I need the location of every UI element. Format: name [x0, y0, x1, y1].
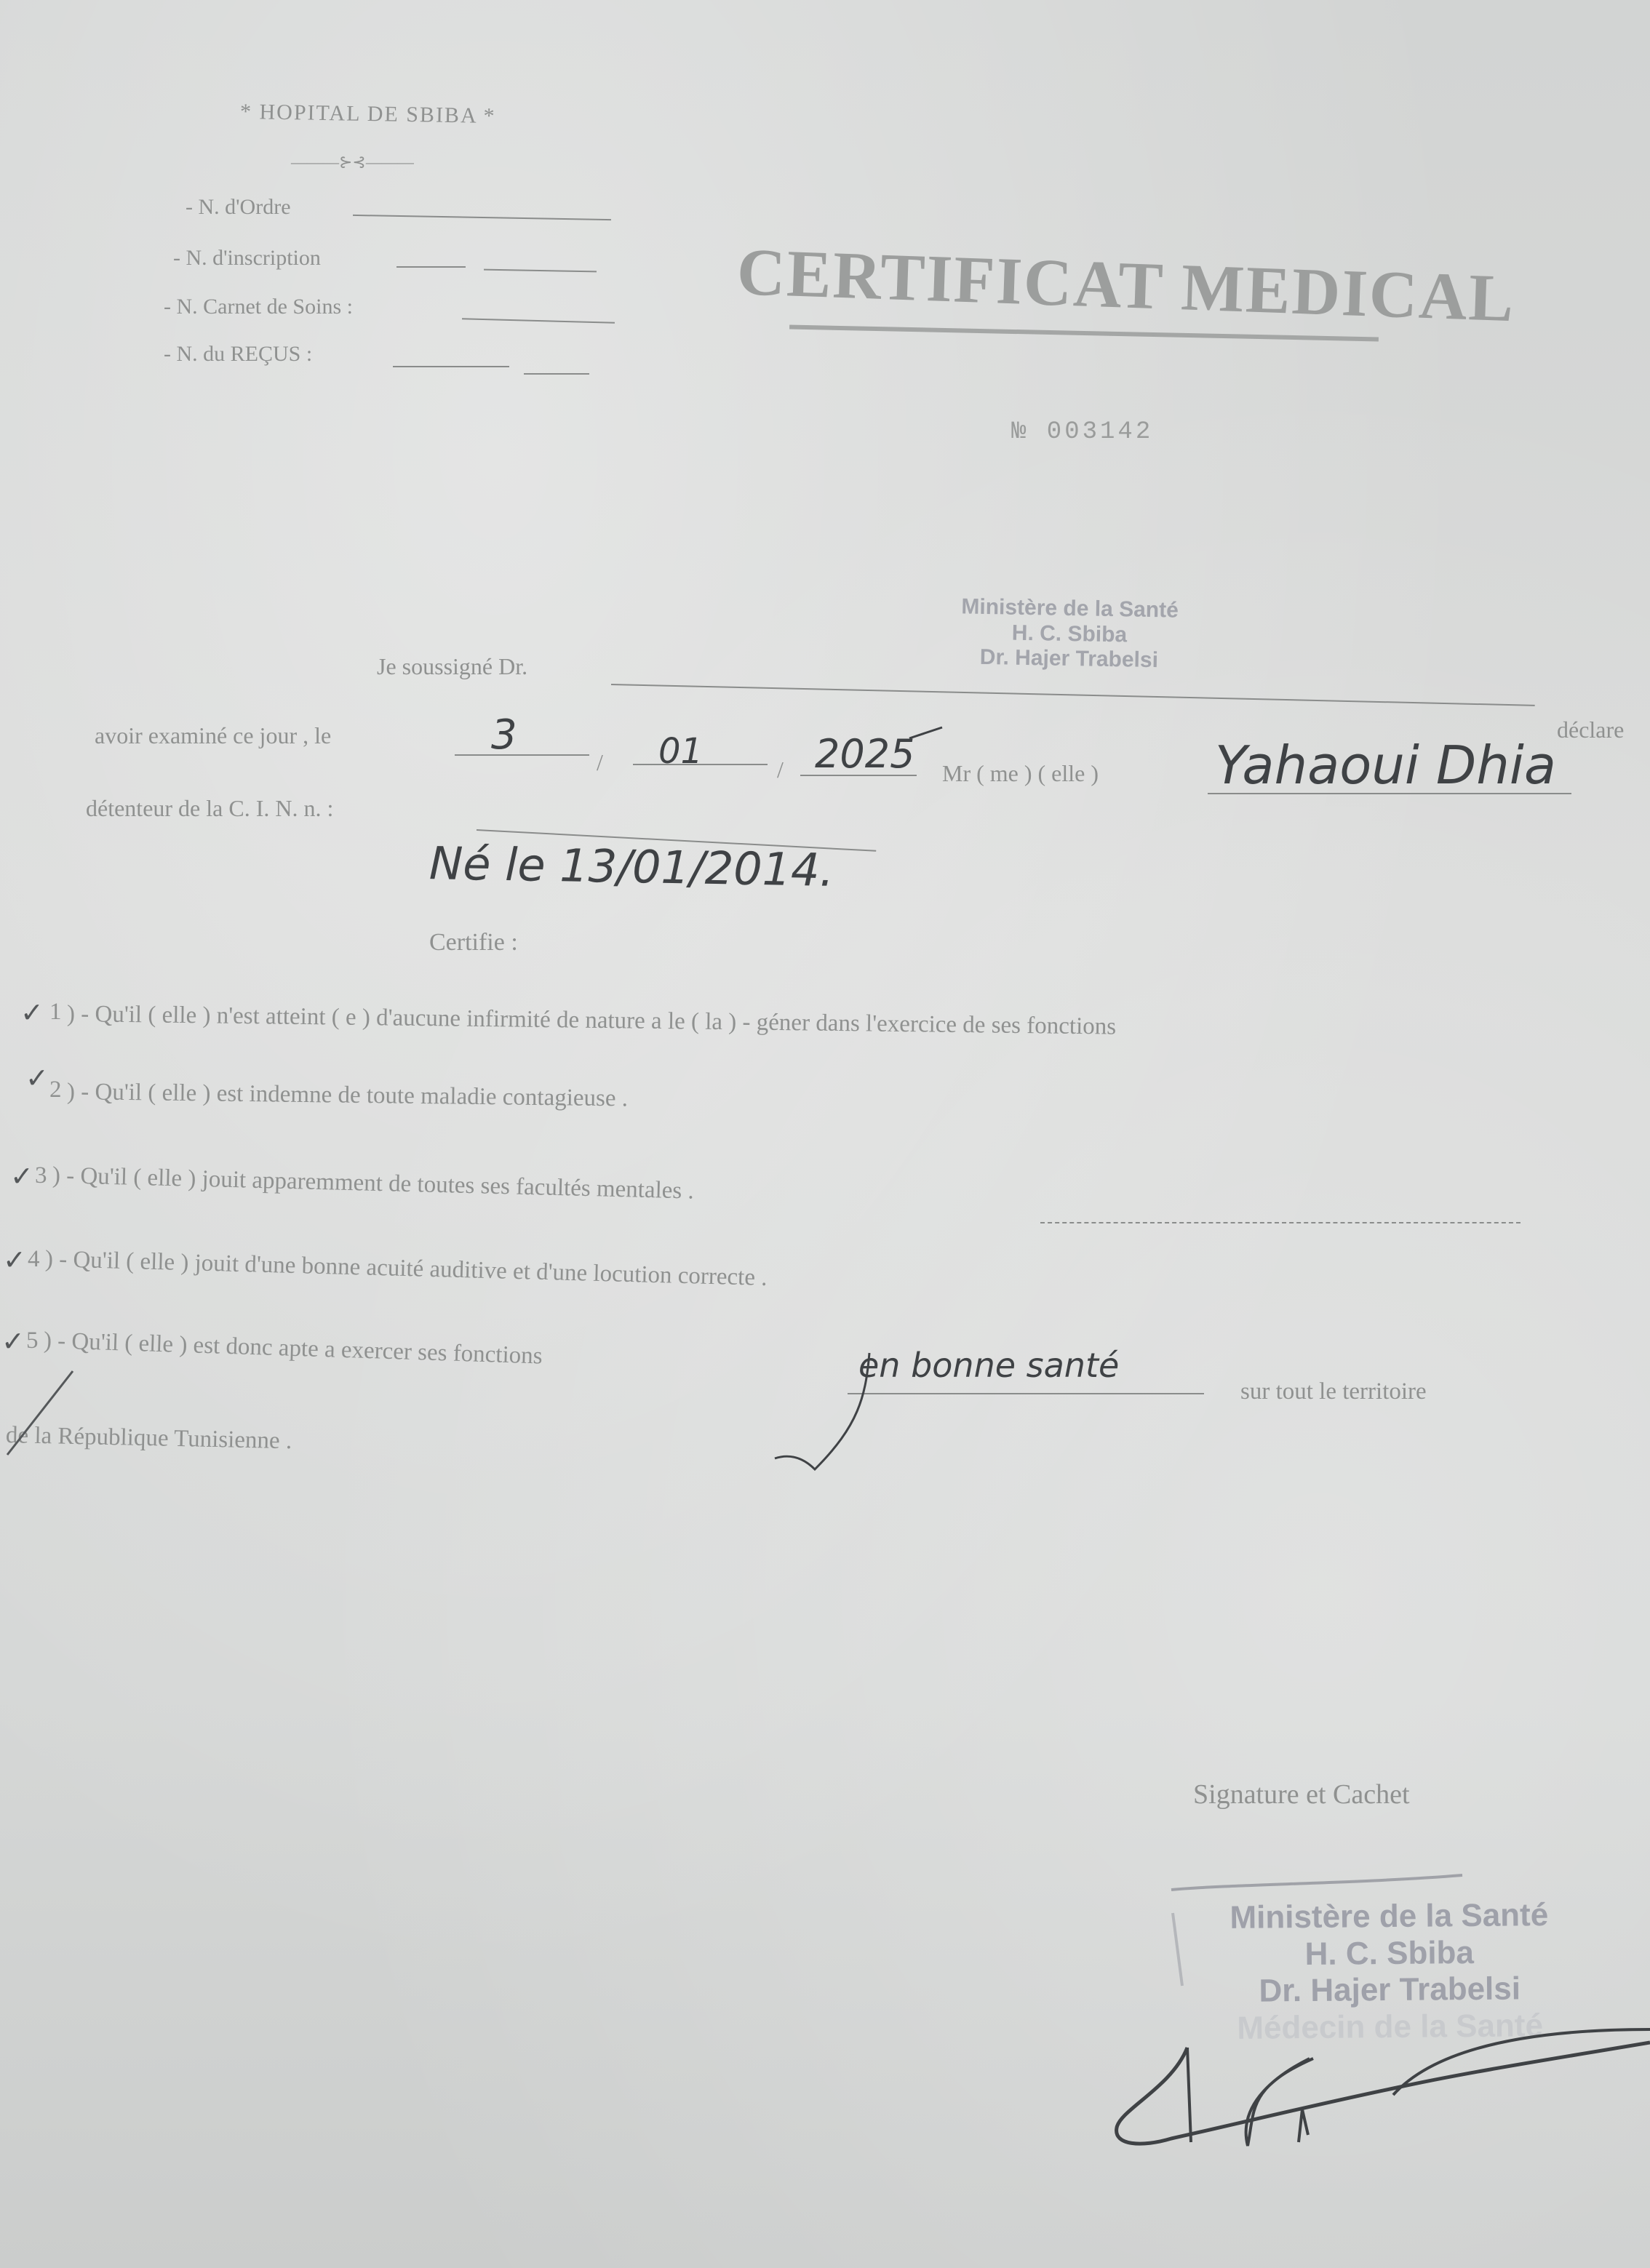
intro-text: Je soussigné Dr.	[377, 653, 527, 680]
header-ornament: ———⊱⊰———	[291, 153, 414, 172]
certificate-page: * HOPITAL DE SBIBA * ———⊱⊰——— - N. d'Ord…	[0, 0, 1650, 2268]
receipt-number-field-2[interactable]	[524, 373, 589, 375]
serial-number: № 003142	[1011, 418, 1153, 446]
inscription-number-field-2[interactable]	[484, 269, 597, 273]
fitness-field[interactable]	[848, 1393, 1204, 1394]
certification-item-3: ) - Qu'il ( elle ) jouit apparemment de …	[52, 1162, 695, 1205]
closing-text: de la République Tunisienne .	[6, 1422, 292, 1455]
exam-day-field[interactable]	[455, 754, 589, 756]
certification-item-4: ) - Qu'il ( elle ) jouit d'une bonne acu…	[45, 1246, 768, 1292]
checkmark-icon[interactable]: ✓	[10, 1160, 33, 1192]
doctor-signature	[1117, 2043, 1650, 2144]
certification-item-1: ) - Qu'il ( elle ) n'est atteint ( e ) d…	[67, 1001, 1117, 1041]
doctor-stamp-bottom: Ministère de la Santé H. C. Sbiba Dr. Ha…	[1171, 1896, 1609, 2048]
checkmark-icon[interactable]: ✓	[3, 1244, 26, 1276]
exam-month-value: 01	[658, 731, 703, 772]
certifie-heading: Certifie :	[429, 929, 518, 957]
receipt-number-label: - N. du REÇUS :	[164, 342, 312, 367]
receipt-number-field[interactable]	[393, 366, 509, 367]
checkmark-icon[interactable]: ✓	[1, 1325, 25, 1357]
certification-item-2: ) - Qu'il ( elle ) est indemne de toute …	[67, 1079, 628, 1112]
order-number-field[interactable]	[353, 215, 611, 220]
inscription-number-field[interactable]	[396, 266, 466, 268]
territory-text: sur tout le territoire	[1240, 1378, 1427, 1405]
date-separator-2: /	[777, 756, 784, 783]
stamp-line-title: Médecin de la Santé	[1171, 2007, 1608, 2048]
certification-item-5: ) - Qu'il ( elle ) est donc apte a exerc…	[43, 1327, 543, 1370]
fitness-handwritten-value: en bonne santé	[858, 1346, 1119, 1385]
certification-number: 5	[26, 1327, 39, 1354]
birth-date-note: Né le 13/01/2014.	[429, 836, 834, 897]
inscription-number-label: - N. d'inscription	[173, 246, 321, 271]
patient-prefix: Mr ( me ) ( elle )	[942, 760, 1099, 787]
certification-number: 4	[28, 1246, 40, 1273]
exam-day-value: 3	[491, 711, 517, 759]
checkmark-icon[interactable]: ✓	[20, 997, 44, 1029]
checkmark-icon[interactable]: ✓	[25, 1062, 49, 1094]
hospital-name: * HOPITAL DE SBIBA *	[240, 100, 496, 129]
doctor-stamp-top: Ministère de la Santé H. C. Sbiba Dr. Ha…	[865, 593, 1274, 675]
doctor-name-field[interactable]	[611, 684, 1535, 706]
stamp-line-doctor: Dr. Hajer Trabelsi	[1171, 1970, 1608, 2011]
certification-number: 3	[35, 1162, 47, 1189]
declare-text: déclare	[1557, 716, 1624, 743]
certification-number: 2	[49, 1077, 62, 1103]
patient-name-value: Yahaoui Dhia	[1215, 735, 1556, 796]
exam-year-value: 2025	[815, 731, 914, 777]
stamp-line-hospital: H. C. Sbiba	[1171, 1933, 1608, 1974]
certification-number: 1	[49, 999, 62, 1026]
order-number-label: - N. d'Ordre	[186, 195, 291, 220]
health-booklet-field[interactable]	[462, 318, 615, 323]
health-booklet-label: - N. Carnet de Soins :	[164, 295, 353, 319]
date-separator-1: /	[597, 749, 603, 776]
signature-label: Signature et Cachet	[1193, 1778, 1410, 1810]
cin-label: détenteur de la C. I. N. n. :	[86, 795, 333, 822]
stamp-line-ministry: Ministère de la Santé	[1171, 1896, 1607, 1937]
exam-date-label: avoir examiné ce jour , le	[95, 722, 331, 749]
mental-faculties-field[interactable]	[1040, 1222, 1521, 1223]
certificate-title: CERTIFICAT MEDICAL	[736, 233, 1516, 337]
